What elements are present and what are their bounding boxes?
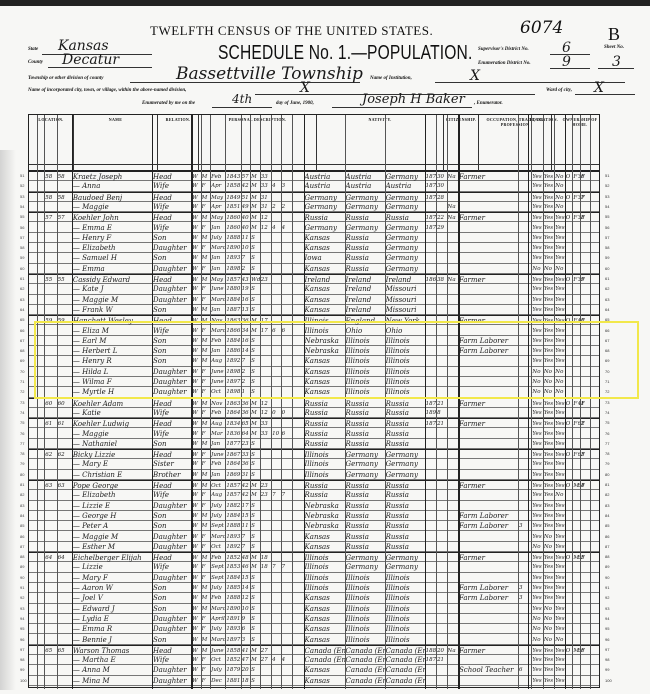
line-number-left: 69 (20, 358, 24, 363)
cell-years-married (261, 470, 271, 480)
cell-months-unemployed (519, 264, 528, 274)
cell-family (58, 501, 71, 511)
cell-english: Yes (555, 593, 564, 603)
line-number: 75 (605, 420, 609, 425)
cell-read: Yes (532, 408, 542, 418)
cell-read: Yes (532, 284, 542, 294)
cell-dwelling (45, 377, 56, 387)
cell-naturalized (448, 253, 458, 263)
cell-dwelling (45, 202, 56, 212)
cell-relation: Wife (153, 223, 191, 233)
cell-name: — Bennie J (73, 635, 152, 645)
cell-naturalized (448, 326, 458, 336)
column-divider (210, 115, 211, 689)
cell-month: March (211, 604, 225, 614)
table-row: — Anna MDaughterWFJuly187920SKansasCanad… (29, 665, 599, 675)
cell-dwelling (45, 624, 56, 634)
cell-color: W (192, 655, 201, 665)
cell-month: Jan (211, 223, 225, 233)
cell-month: July (211, 624, 225, 634)
cell-immigration (426, 439, 436, 449)
cell-children-born (272, 470, 281, 480)
table-row: — Emma EWifeWFJan186040M1244GermanyGerma… (29, 223, 599, 233)
line-number: 91 (605, 585, 609, 590)
cell-naturalized (448, 459, 458, 469)
cell-immigration (426, 284, 436, 294)
line-number-left: 90 (20, 575, 24, 580)
cell-years-married (261, 583, 271, 593)
cell-color: W (192, 202, 201, 212)
cell-father-birth: Canada (Eng) (346, 665, 385, 675)
cell-occupation: Farm Laborer (459, 593, 518, 603)
cell-marital: S (251, 521, 260, 531)
cell-occupation (459, 377, 518, 387)
cell-mother-birth: Russia (386, 501, 425, 511)
cell-sex: F (202, 429, 211, 439)
cell-dwelling (45, 562, 56, 572)
cell-occupation (459, 439, 518, 449)
column-divider (44, 115, 45, 689)
line-number-left: 74 (20, 410, 24, 415)
cell-color: W (192, 295, 201, 305)
cell-relation: Daughter (153, 367, 191, 377)
cell-dwelling (45, 614, 56, 624)
cell-immigration (426, 676, 436, 686)
cell-children-born: 4 (272, 655, 281, 665)
cell-write: No (544, 532, 554, 542)
cell-birth: Kansas (305, 604, 345, 614)
institution-label: Name of Institution, (370, 76, 412, 81)
line-number-left: 54 (20, 204, 24, 209)
cell-age: 2 (242, 264, 251, 274)
enumeration-district-label: Enumeration District No. (478, 61, 531, 66)
cell-month: Aug (211, 490, 225, 500)
line-number: 58 (605, 245, 609, 250)
line-number-left: 98 (20, 657, 24, 662)
cell-own (566, 326, 573, 336)
cell-occupation (459, 604, 518, 614)
cell-father-birth: Russia (346, 439, 385, 449)
cell-month: Mar (211, 429, 225, 439)
cell-father-birth: Illinois (346, 624, 385, 634)
cell-naturalized (448, 356, 458, 366)
cell-relation: Son (153, 521, 191, 531)
line-number-left: 59 (20, 255, 24, 260)
cell-read: Yes (532, 181, 542, 191)
cell-immigration: 1879 (426, 655, 436, 665)
cell-read: Yes (532, 326, 542, 336)
cell-marital: M (251, 655, 260, 665)
cell-read: Yes (532, 429, 542, 439)
cell-age: 7 (242, 532, 251, 542)
cell-children-born (272, 264, 281, 274)
cell-dwelling (45, 583, 56, 593)
line-number-left: 92 (20, 595, 24, 600)
cell-family (58, 253, 71, 263)
cell-own (566, 408, 573, 418)
cell-year: 1888 (226, 521, 240, 531)
cell-months-unemployed (519, 377, 528, 387)
table-row: — Maggie MDaughterWFMarch18937SKansasRus… (29, 532, 599, 542)
table-row: — ElizabethWifeWFAug185742M2377RussiaRus… (29, 490, 599, 500)
cell-name: — Christian E (73, 470, 152, 480)
cell-english: Yes (555, 521, 564, 531)
cell-children-living: 7 (282, 562, 291, 572)
cell-family (58, 233, 71, 243)
column-divider (72, 115, 74, 689)
cell-naturalized (448, 635, 458, 645)
cell-occupation (459, 305, 518, 315)
line-number: 64 (605, 307, 609, 312)
cell-dwelling (45, 387, 56, 397)
cell-own (566, 593, 573, 603)
cell-occupation (459, 243, 518, 253)
cell-family (58, 583, 71, 593)
cell-occupation (459, 624, 518, 634)
cell-marital: S (251, 676, 260, 686)
cell-sex: F (202, 223, 211, 233)
cell-year: 1886 (226, 346, 240, 356)
cell-mother-birth: Germany (386, 562, 425, 572)
cell-month: Oct (211, 542, 225, 552)
cell-relation: Son (153, 346, 191, 356)
cell-months-unemployed (519, 223, 528, 233)
cell-relation: Wife (153, 202, 191, 212)
cell-father-birth: Russia (346, 542, 385, 552)
cell-year: 1852 (226, 655, 240, 665)
column-divider (191, 115, 193, 689)
cell-dwelling (45, 429, 56, 439)
cell-sex: F (202, 490, 211, 500)
cell-years-us (437, 614, 446, 624)
cell-dwelling (45, 511, 56, 521)
line-number: 63 (605, 297, 609, 302)
cell-month: Jan (211, 305, 225, 315)
cell-read: Yes (532, 439, 542, 449)
table-row: — AnnaWifeWFApr185842M3343AustriaAustria… (29, 181, 599, 191)
table-row: — ElizabethDaughterWFMarch189010SKansasR… (29, 243, 599, 253)
cell-birth: Germany (305, 223, 345, 233)
cell-children-born: 7 (272, 562, 281, 572)
cell-years-us (437, 562, 446, 572)
cell-month: March (211, 532, 225, 542)
cell-year: 1897 (226, 635, 240, 645)
table-row: — Hilda LDaughterWFJune18982SKansasIllin… (29, 367, 599, 377)
table-row: — Christian EBrotherWMJan186931SIllinois… (29, 470, 599, 480)
cell-years-married (261, 604, 271, 614)
cell-birth: Illinois (305, 459, 345, 469)
table-row: 5858Baudoed BenjHeadWMMay184951M31German… (29, 192, 599, 202)
cell-months-unemployed: 3 (519, 583, 528, 593)
cell-month: March (211, 295, 225, 305)
cell-mother-birth: Russia (386, 511, 425, 521)
cell-dwelling (45, 326, 56, 336)
cell-marital: S (251, 377, 260, 387)
cell-years-married (261, 264, 271, 274)
cell-years-married: 18 (261, 562, 271, 572)
cell-sex: F (202, 181, 211, 191)
cell-relation: Daughter (153, 387, 191, 397)
cell-read: No (532, 264, 542, 274)
cell-month: March (211, 326, 225, 336)
cell-read: Yes (532, 521, 542, 531)
cell-marital: S (251, 253, 260, 263)
column-divider (37, 115, 38, 689)
cell-age: 12 (242, 593, 251, 603)
cell-children-born (272, 665, 281, 675)
cell-sex: F (202, 408, 211, 418)
cell-marital: S (251, 511, 260, 521)
cell-write: No (544, 542, 554, 552)
line-number-left: 97 (20, 647, 24, 652)
line-number-left: 77 (20, 441, 24, 446)
cell-name: — Maggie M (73, 295, 152, 305)
page-stamp-number: 6074 (520, 18, 563, 38)
cell-write: Yes (544, 223, 554, 233)
cell-family (58, 387, 71, 397)
cell-occupation: Farm Laborer (459, 511, 518, 521)
cell-birth: Russia (305, 439, 345, 449)
cell-months-unemployed (519, 243, 528, 253)
cell-dwelling (45, 264, 56, 274)
table-row: — EmmaDaughterWFJan18982SKansasRussiaGer… (29, 264, 599, 274)
cell-children-born (272, 233, 281, 243)
cell-mother-birth: Canada (Eng) (386, 676, 425, 686)
cell-write: Yes (544, 356, 554, 366)
column-divider (565, 115, 567, 689)
cell-month: Jan (211, 470, 225, 480)
cell-year: 1851 (226, 202, 240, 212)
cell-sex: F (202, 367, 211, 377)
cell-immigration (426, 624, 436, 634)
cell-english: Yes (555, 336, 564, 346)
cell-relation: Brother (153, 470, 191, 480)
cell-years-us (437, 635, 446, 645)
supervisor-district-label: Supervisor's District No. (478, 47, 529, 52)
cell-children-living (282, 295, 291, 305)
cell-relation: Daughter (153, 295, 191, 305)
cell-father-birth: Illinois (346, 377, 385, 387)
cell-marital: S (251, 604, 260, 614)
line-number: 83 (605, 503, 609, 508)
cell-occupation (459, 501, 518, 511)
cell-read: Yes (532, 593, 542, 603)
table-row: — Myrtle HDaughterWFOct18981SKansasIllin… (29, 387, 599, 397)
cell-mother-birth: Germany (386, 243, 425, 253)
line-number: 80 (605, 472, 609, 477)
line-number: 76 (605, 431, 609, 436)
cell-marital: S (251, 346, 260, 356)
table-row: — Lydia EDaughterWFApril18919SKansasIlli… (29, 614, 599, 624)
cell-read: No (532, 377, 542, 387)
cell-mother-birth: Russia (386, 490, 425, 500)
line-number-left: 86 (20, 534, 24, 539)
cell-sex: M (202, 439, 211, 449)
cell-dwelling (45, 233, 56, 243)
cell-color: W (192, 367, 201, 377)
table-row: — Henry FSonWMJuly188811SKansasRussiaGer… (29, 233, 599, 243)
cell-children-born (272, 676, 281, 686)
cell-relation: Wife (153, 408, 191, 418)
line-number: 52 (605, 183, 609, 188)
cell-years-us (437, 326, 446, 336)
cell-own (566, 624, 573, 634)
cell-color: W (192, 429, 201, 439)
cell-occupation (459, 490, 518, 500)
cell-children-living: 2 (282, 202, 291, 212)
cell-family (58, 202, 71, 212)
cell-color: W (192, 233, 201, 243)
cell-birth: Kansas (305, 532, 345, 542)
cell-name: — Hilda L (73, 367, 152, 377)
state-label: State (28, 47, 38, 52)
cell-marital: M (251, 490, 260, 500)
table-row: 5959Hanchett WesleyHeadWMNov186336M17Ill… (29, 315, 599, 325)
cell-years-married (261, 521, 271, 531)
cell-occupation (459, 614, 518, 624)
cell-occupation (459, 429, 518, 439)
cell-english: No (555, 202, 564, 212)
cell-months-unemployed (519, 470, 528, 480)
line-number-left: 78 (20, 451, 24, 456)
cell-years-us (437, 459, 446, 469)
cell-age: 47 (242, 655, 251, 665)
line-number-left: 88 (20, 554, 24, 559)
cell-own (566, 223, 573, 233)
cell-occupation (459, 284, 518, 294)
cell-color: W (192, 583, 201, 593)
cell-father-birth: Canada (Eng) (346, 676, 385, 686)
cell-own (566, 387, 573, 397)
cell-read: Yes (532, 336, 542, 346)
cell-mother-birth: Russia (386, 439, 425, 449)
line-number-left: 70 (20, 369, 24, 374)
column-divider (260, 115, 261, 689)
cell-immigration (426, 532, 436, 542)
cell-read: Yes (532, 243, 542, 253)
cell-father-birth: Illinois (346, 593, 385, 603)
enumerated-label: Enumerated by me on the (142, 101, 195, 106)
cell-occupation (459, 573, 518, 583)
line-number-left: 67 (20, 338, 24, 343)
cell-write: Yes (544, 336, 554, 346)
cell-english: Yes (555, 295, 564, 305)
cell-color: W (192, 284, 201, 294)
cell-month: July (211, 583, 225, 593)
cell-name: — Anna M (73, 665, 152, 675)
cell-naturalized: Na (448, 202, 458, 212)
cell-children-living (282, 604, 291, 614)
line-number: 69 (605, 358, 609, 363)
cell-color: W (192, 336, 201, 346)
table-row: — Joel VSonWMFeb188812SKansasIllinoisIll… (29, 593, 599, 603)
cell-marital: S (251, 614, 260, 624)
cell-years-married (261, 593, 271, 603)
cell-name: — Mina M (73, 676, 152, 686)
cell-naturalized (448, 223, 458, 233)
line-number-left: 55 (20, 214, 24, 219)
cell-own (566, 295, 573, 305)
cell-year: 1897 (226, 377, 240, 387)
cell-children-born (272, 521, 281, 531)
cell-family (58, 181, 71, 191)
table-row: — MaggieWifeWFMar183664M33106RussiaRussi… (29, 429, 599, 439)
cell-years-us (437, 429, 446, 439)
cell-read: Yes (532, 233, 542, 243)
cell-birth: Germany (305, 202, 345, 212)
cell-age: 34 (242, 326, 251, 336)
cell-color: W (192, 573, 201, 583)
cell-mother-birth: Illinois (386, 387, 425, 397)
cell-age: 64 (242, 429, 251, 439)
line-number: 54 (605, 204, 609, 209)
cell-own (566, 336, 573, 346)
cell-immigration (426, 665, 436, 675)
cell-occupation (459, 264, 518, 274)
cell-dwelling (45, 665, 56, 675)
cell-year: 1884 (226, 511, 240, 521)
line-number-left: 56 (20, 225, 24, 230)
cell-english: Yes (555, 562, 564, 572)
cell-write: No (544, 387, 554, 397)
cell-father-birth: Russia (346, 243, 385, 253)
cell-naturalized (448, 573, 458, 583)
cell-family (58, 614, 71, 624)
cell-immigration (426, 429, 436, 439)
cell-english: No (555, 635, 564, 645)
cell-year: 1892 (226, 356, 240, 366)
cell-relation: Sister (153, 459, 191, 469)
cell-color: W (192, 501, 201, 511)
cell-children-living (282, 501, 291, 511)
cell-years-married (261, 542, 271, 552)
cell-birth: Russia (305, 490, 345, 500)
cell-occupation (459, 470, 518, 480)
cell-months-unemployed (519, 532, 528, 542)
cell-years-us: 29 (437, 223, 446, 233)
cell-father-birth: Russia (346, 521, 385, 531)
cell-immigration (426, 356, 436, 366)
cell-dwelling (45, 284, 56, 294)
cell-children-born (272, 284, 281, 294)
line-number-left: 79 (20, 461, 24, 466)
cell-children-living (282, 367, 291, 377)
cell-write: Yes (544, 593, 554, 603)
cell-years-us (437, 336, 446, 346)
cell-name: — Esther M (73, 542, 152, 552)
cell-mother-birth: Illinois (386, 583, 425, 593)
cell-children-born: 6 (272, 326, 281, 336)
cell-naturalized (448, 305, 458, 315)
line-number: 51 (605, 173, 609, 178)
cell-immigration (426, 521, 436, 531)
cell-name: — Eliza M (73, 326, 152, 336)
table-row: 5858Kraetz JosephHeadWMFeb184357M33Austr… (29, 171, 599, 181)
cell-write: Yes (544, 562, 554, 572)
column-divider (292, 115, 293, 689)
cell-children-living: 4 (282, 223, 291, 233)
table-row: 5757Koehler JohnHeadWMMay186040M12Russia… (29, 212, 599, 222)
cell-own (566, 676, 573, 686)
line-number: 61 (605, 276, 609, 281)
cell-children-living (282, 356, 291, 366)
cell-mother-birth: Germany (386, 223, 425, 233)
cell-birth: Illinois (305, 583, 345, 593)
cell-mother-birth: Germany (386, 264, 425, 274)
cell-children-living (282, 377, 291, 387)
line-number: 60 (605, 266, 609, 271)
cell-write: Yes (544, 233, 554, 243)
